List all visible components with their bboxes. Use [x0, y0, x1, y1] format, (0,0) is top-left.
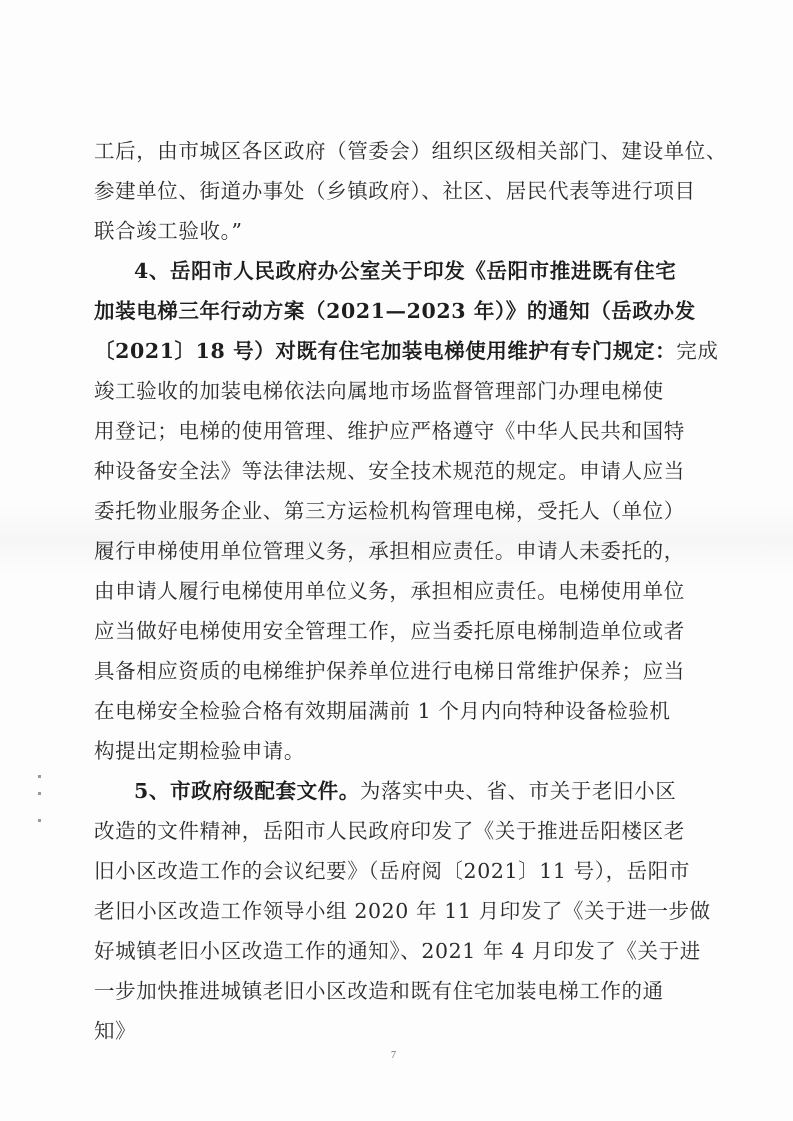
- text-line: 参建单位、街道办事处（乡镇政府）、社区、居民代表等进行项目: [94, 171, 706, 211]
- text-line: 在电梯安全检验合格有效期届满前 1 个月内向特种设备检验机: [94, 691, 706, 731]
- bold-text-segment: 加装电梯三年行动方案（2021—2023 年）》的通知（岳政办发: [94, 299, 696, 323]
- text-segment: 好城镇老旧小区改造工作的通知》、2021 年 4 月印发了《关于进: [94, 939, 701, 963]
- text-segment: 知》: [94, 1019, 136, 1043]
- text-segment: 委托物业服务企业、第三方运检机构管理电梯，受托人（单位）: [94, 499, 685, 523]
- text-line: 竣工验收的加装电梯依法向属地市场监督管理部门办理电梯使: [94, 371, 706, 411]
- text-line: 具备相应资质的电梯维护保养单位进行电梯日常维护保养；应当: [94, 651, 706, 691]
- text-segment: 老旧小区改造工作领导小组 2020 年 11 月印发了《关于进一步做: [94, 899, 711, 923]
- text-segment: 改造的文件精神，岳阳市人民政府印发了《关于推进岳阳楼区老: [94, 819, 685, 843]
- text-segment: 完成: [676, 339, 718, 363]
- text-segment: 用登记；电梯的使用管理、维护应严格遵守《中华人民共和国特: [94, 419, 685, 443]
- text-segment: 由申请人履行电梯使用单位义务，承担相应责任。电梯使用单位: [94, 579, 685, 603]
- text-segment: 履行申梯使用单位管理义务，承担相应责任。申请人未委托的，: [94, 539, 685, 563]
- text-segment: 种设备安全法》等法律法规、安全技术规范的规定。申请人应当: [94, 459, 685, 483]
- text-segment: 联合竣工验收。”: [94, 219, 243, 243]
- scan-specks: [38, 775, 41, 836]
- text-line: 〔2021〕18 号）对既有住宅加装电梯使用维护有专门规定：完成: [94, 331, 706, 371]
- text-line: 5、市政府级配套文件。为落实中央、省、市关于老旧小区: [94, 771, 706, 811]
- document-body: 工后，由市城区各区政府（管委会）组织区级相关部门、建设单位、参建单位、街道办事处…: [94, 131, 706, 1051]
- scan-speck: [38, 775, 41, 778]
- text-segment: 在电梯安全检验合格有效期届满前 1 个月内向特种设备检验机: [94, 699, 670, 723]
- text-line: 旧小区改造工作的会议纪要》（岳府阅〔2021〕11 号），岳阳市: [94, 851, 706, 891]
- text-segment: 具备相应资质的电梯维护保养单位进行电梯日常维护保养；应当: [94, 659, 685, 683]
- text-segment: 工后，由市城区各区政府（管委会）组织区级相关部门、建设单位、: [94, 139, 727, 163]
- text-line: 履行申梯使用单位管理义务，承担相应责任。申请人未委托的，: [94, 531, 706, 571]
- text-line: 委托物业服务企业、第三方运检机构管理电梯，受托人（单位）: [94, 491, 706, 531]
- page-number: 7: [391, 1050, 396, 1061]
- text-line: 知》: [94, 1011, 706, 1051]
- text-segment: 竣工验收的加装电梯依法向属地市场监督管理部门办理电梯使: [94, 379, 664, 403]
- text-line: 老旧小区改造工作领导小组 2020 年 11 月印发了《关于进一步做: [94, 891, 706, 931]
- text-segment: 参建单位、街道办事处（乡镇政府）、社区、居民代表等进行项目: [94, 179, 696, 203]
- text-segment: 旧小区改造工作的会议纪要》（岳府阅〔2021〕11 号），岳阳市: [94, 859, 690, 883]
- text-line: 一步加快推进城镇老旧小区改造和既有住宅加装电梯工作的通: [94, 971, 706, 1011]
- text-segment: 构提出定期检验申请。: [94, 739, 305, 763]
- bold-text-segment: 4、岳阳市人民政府办公室关于印发《岳阳市推进既有住宅: [134, 259, 676, 283]
- text-line: 种设备安全法》等法律法规、安全技术规范的规定。申请人应当: [94, 451, 706, 491]
- text-line: 应当做好电梯使用安全管理工作，应当委托原电梯制造单位或者: [94, 611, 706, 651]
- text-line: 构提出定期检验申请。: [94, 731, 706, 771]
- text-line: 用登记；电梯的使用管理、维护应严格遵守《中华人民共和国特: [94, 411, 706, 451]
- text-line: 改造的文件精神，岳阳市人民政府印发了《关于推进岳阳楼区老: [94, 811, 706, 851]
- text-line: 4、岳阳市人民政府办公室关于印发《岳阳市推进既有住宅: [94, 251, 706, 291]
- text-line: 好城镇老旧小区改造工作的通知》、2021 年 4 月印发了《关于进: [94, 931, 706, 971]
- text-segment: 一步加快推进城镇老旧小区改造和既有住宅加装电梯工作的通: [94, 979, 664, 1003]
- text-line: 由申请人履行电梯使用单位义务，承担相应责任。电梯使用单位: [94, 571, 706, 611]
- document-page: 工后，由市城区各区政府（管委会）组织区级相关部门、建设单位、参建单位、街道办事处…: [0, 0, 793, 1121]
- text-line: 加装电梯三年行动方案（2021—2023 年）》的通知（岳政办发: [94, 291, 706, 331]
- text-segment: 为落实中央、省、市关于老旧小区: [360, 779, 677, 803]
- text-line: 工后，由市城区各区政府（管委会）组织区级相关部门、建设单位、: [94, 131, 706, 171]
- scan-speck: [38, 819, 41, 822]
- bold-text-segment: 5、市政府级配套文件。: [134, 779, 360, 803]
- scan-speck: [38, 792, 41, 795]
- bold-text-segment: 〔2021〕18 号）对既有住宅加装电梯使用维护有专门规定：: [94, 339, 676, 363]
- text-line: 联合竣工验收。”: [94, 211, 706, 251]
- text-segment: 应当做好电梯使用安全管理工作，应当委托原电梯制造单位或者: [94, 619, 685, 643]
